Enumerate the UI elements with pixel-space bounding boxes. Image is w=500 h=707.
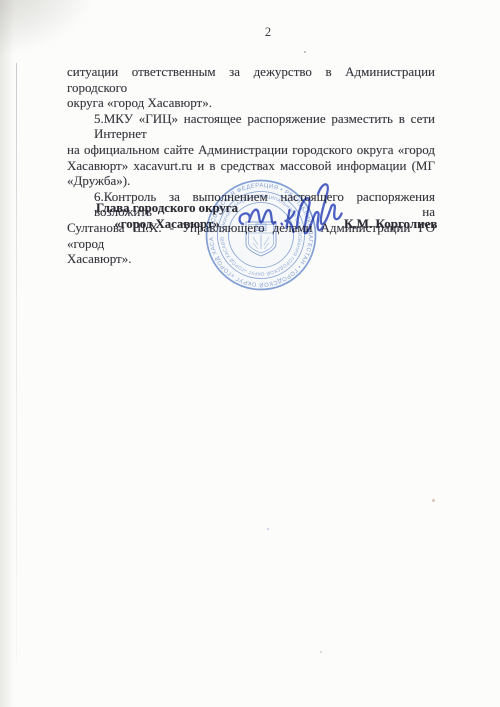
scanned-document-page: 2 ситуации ответственным за дежурство в …: [0, 0, 500, 707]
page-number: 2: [38, 25, 498, 40]
scan-artifact-line: [16, 63, 17, 663]
paper-speck: [320, 651, 322, 653]
signatory-name: К.М. Корголиев: [344, 216, 437, 232]
text-line: на официальном сайте Администрации город…: [67, 142, 435, 158]
text-line: ситуации ответственным за дежурство в Ад…: [67, 64, 435, 95]
text-line: округа «город Хасавюрт».: [67, 95, 435, 111]
text-line: 5.МКУ «ГИЦ» настоящее распоряжение разме…: [67, 111, 435, 142]
handwritten-signature: [229, 174, 349, 259]
paper-speck: [432, 499, 435, 502]
paper-speck: [267, 528, 269, 530]
paper-speck: [304, 51, 306, 53]
